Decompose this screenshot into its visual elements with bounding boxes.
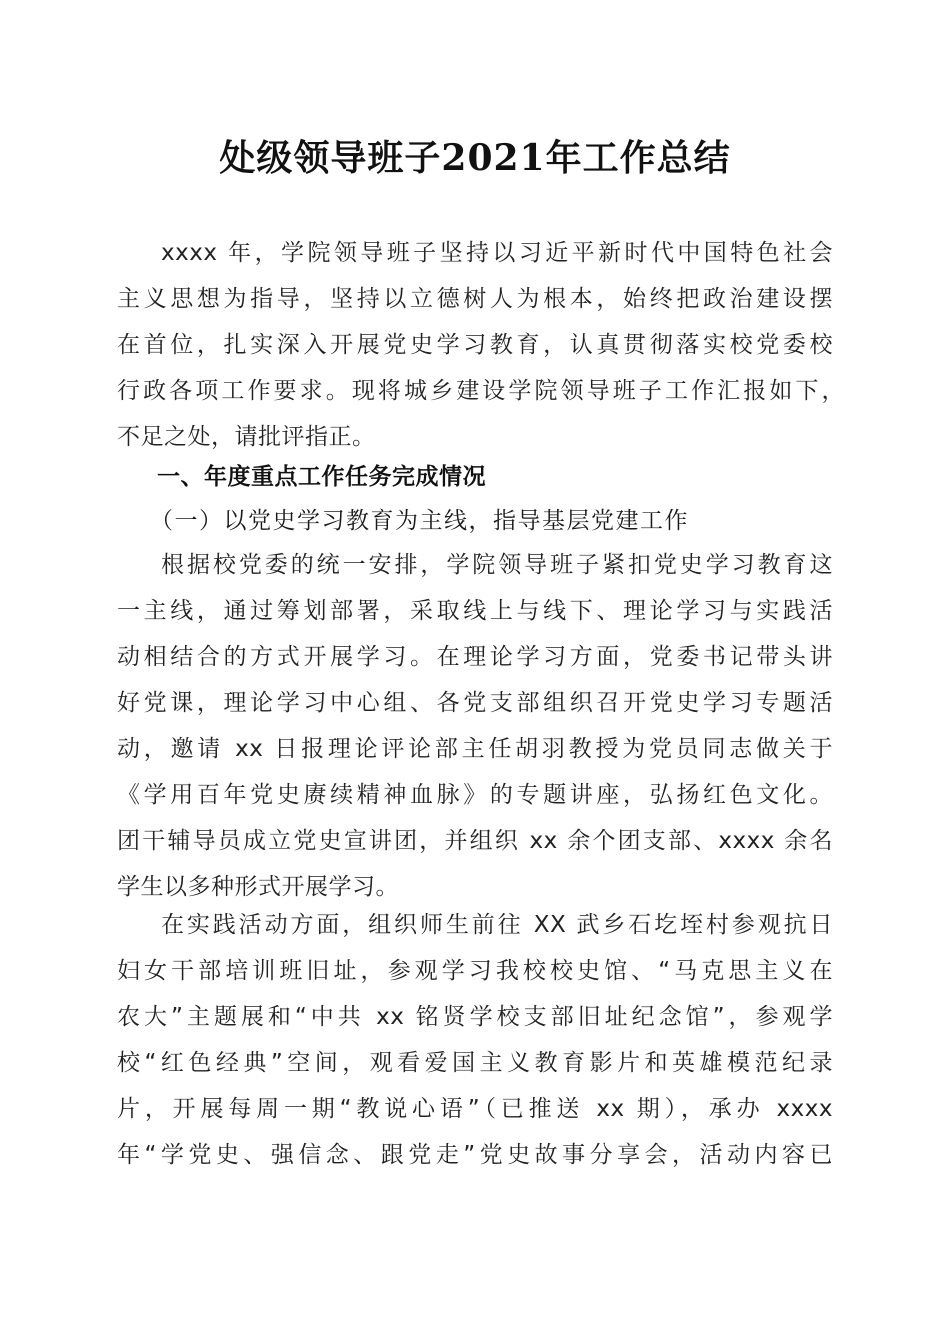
text-line: 农大”主题展和“中共 xx 铭贤学校支部旧址纪念馆”，参观学 bbox=[117, 1002, 833, 1032]
text-line: 在首位，扎实深入开展党史学习教育，认真贯彻落实校党委校 bbox=[117, 330, 833, 360]
text-line: 行政各项工作要求。现将城乡建设学院领导班子工作汇报如下， bbox=[117, 376, 845, 406]
text-line: xxxx 年，学院领导班子坚持以习近平新时代中国特色社会 bbox=[161, 238, 833, 268]
text-line: 《学用百年党史赓续精神血脉》的专题讲座，弘扬红色文化。 bbox=[117, 780, 833, 810]
text-line: 团干辅导员成立党史宣讲团，并组织 xx 余个团支部、xxxx 余名 bbox=[117, 826, 833, 856]
text-line: 片，开展每周一期“教说心语”（已推送 xx 期），承办 xxxx bbox=[117, 1094, 833, 1124]
text-line: 动相结合的方式开展学习。在理论学习方面，党委书记带头讲 bbox=[117, 642, 833, 672]
text-line: 在实践活动方面，组织师生前往 XX 武乡石圪垤村参观抗日 bbox=[161, 910, 833, 940]
document-page: 处级领导班子2021年工作总结 xxxx 年，学院领导班子坚持以习近平新时代中国… bbox=[0, 0, 950, 1344]
text-line: 不足之处，请批评指正。 bbox=[117, 422, 833, 452]
text-line: 校“红色经典”空间，观看爱国主义教育影片和英雄模范纪录 bbox=[117, 1048, 833, 1078]
text-line: 主义思想为指导，坚持以立德树人为根本，始终把政治建设摆 bbox=[117, 284, 833, 314]
text-line: 学生以多种形式开展学习。 bbox=[117, 872, 833, 902]
text-line: 动，邀请 xx 日报理论评论部主任胡羽教授为党员同志做关于 bbox=[117, 734, 833, 764]
text-line: 年“学党史、强信念、跟党走”党史故事分享会，活动内容已 bbox=[117, 1140, 833, 1170]
text-line: 好党课，理论学习中心组、各党支部组织召开党史学习专题活 bbox=[117, 688, 833, 718]
section-heading: 一、年度重点工作任务完成情况 bbox=[157, 462, 486, 492]
text-line: 一主线，通过筹划部署，采取线上与线下、理论学习与实践活 bbox=[117, 596, 833, 626]
text-line: 根据校党委的统一安排，学院领导班子紧扣党史学习教育这 bbox=[161, 550, 833, 580]
text-line: 妇女干部培训班旧址，参观学习我校校史馆、“马克思主义在 bbox=[117, 956, 833, 986]
subsection-heading: （一）以党史学习教育为主线，指导基层党建工作 bbox=[150, 506, 689, 536]
document-title: 处级领导班子2021年工作总结 bbox=[0, 132, 950, 184]
